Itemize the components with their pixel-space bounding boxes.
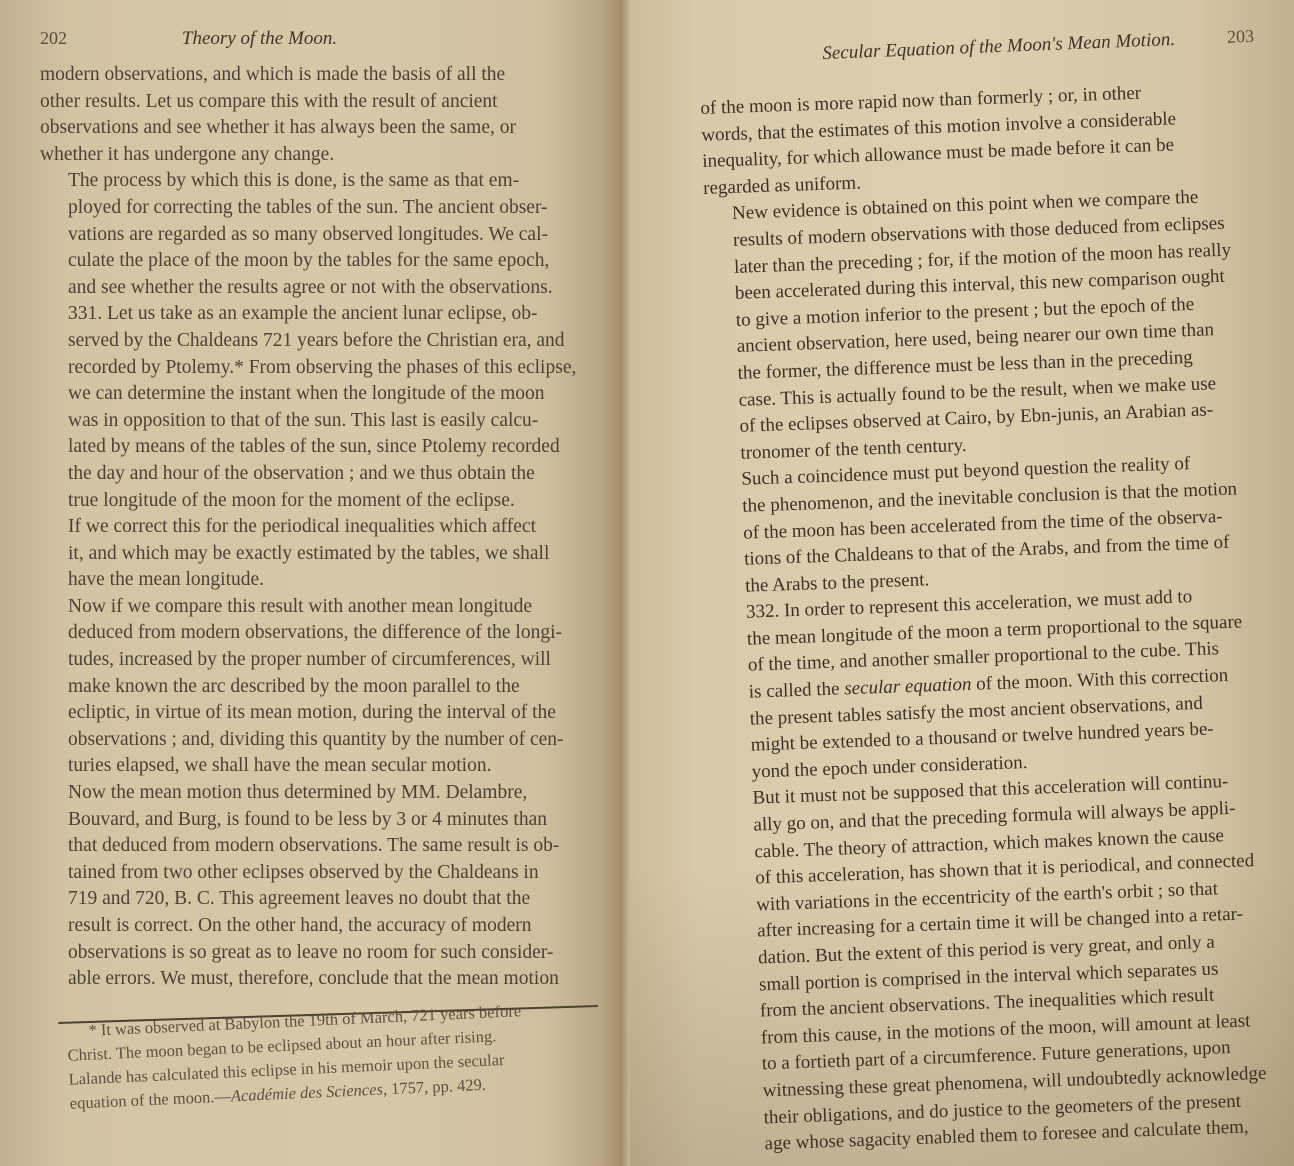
text-line: The process by which this is done, is th… [40, 168, 602, 195]
page-number-right: 203 [1227, 26, 1255, 48]
footnote-text: , 1757, pp. 429. [382, 1075, 486, 1099]
text-line: it, and which may be exactly estimated b… [40, 541, 602, 568]
emphasized-term: secular equation [844, 674, 972, 699]
text-line: modern observations, and which is made t… [40, 62, 602, 89]
text-line: served by the Chaldeans 721 years before… [40, 328, 602, 355]
text-line: and see whether the results agree or not… [40, 275, 602, 302]
right-page: Secular Equation of the Moon's Mean Moti… [630, 0, 1294, 1166]
text-line: vations are regarded as so many observed… [40, 222, 602, 249]
text-line: we can determine the instant when the lo… [40, 381, 602, 408]
text-line: tudes, increased by the proper number of… [40, 647, 602, 674]
text-line: observations ; and, dividing this quanti… [40, 727, 602, 754]
text-line: 331. Let us take as an example the ancie… [40, 301, 602, 328]
text-line: 719 and 720, B. C. This agreement leaves… [40, 886, 602, 913]
paragraph: Such a coincidence must put beyond quest… [713, 449, 1271, 601]
book-spread: 202 Theory of the Moon. modern observati… [0, 0, 1294, 1166]
text-line: able errors. We must, therefore, conclud… [40, 966, 602, 993]
footnote-text: equation of the moon.— [69, 1086, 231, 1112]
paragraph: 331. Let us take as an example the ancie… [40, 301, 602, 514]
text-line: recorded by Ptolemy.* From observing the… [40, 355, 602, 382]
right-running-title: Secular Equation of the Moon's Mean Moti… [822, 29, 1175, 65]
text-line: deduced from modern observations, the di… [40, 620, 602, 647]
text-line: was in opposition to that of the sun. Th… [40, 408, 602, 435]
paragraph: The process by which this is done, is th… [40, 168, 602, 301]
text-line: turies elapsed, we shall have the mean s… [40, 753, 602, 780]
paragraph: of the moon is more rapid now than forme… [700, 77, 1257, 203]
right-page-body: of the moon is more rapid now than forme… [700, 77, 1291, 1159]
paragraph: Now the mean motion thus determined by M… [40, 780, 602, 993]
text-line: other results. Let us compare this with … [40, 89, 602, 116]
paragraph: Now if we compare this result with anoth… [40, 594, 602, 780]
paragraph: modern observations, and which is made t… [40, 62, 602, 168]
left-running-title: Theory of the Moon. [182, 28, 337, 50]
text-line: observations and see whether it has alwa… [40, 115, 602, 142]
paragraph: If we correct this for the periodical in… [40, 514, 602, 594]
text-line: result is correct. On the other hand, th… [40, 913, 602, 940]
text-line: have the mean longitude. [40, 567, 602, 594]
text-line: Bouvard, and Burg, is found to be less b… [40, 807, 602, 834]
text-line: ecliptic, in virtue of its mean motion, … [40, 700, 602, 727]
right-running-head: Secular Equation of the Moon's Mean Moti… [700, 26, 1254, 70]
text-line: Now if we compare this result with anoth… [40, 594, 602, 621]
text-line: Now the mean motion thus determined by M… [40, 780, 602, 807]
left-page-body: modern observations, and which is made t… [40, 62, 602, 993]
left-page: 202 Theory of the Moon. modern observati… [0, 0, 620, 1166]
text-line: ployed for correcting the tables of the … [40, 195, 602, 222]
page-number-left: 202 [40, 28, 67, 49]
text-line: the day and hour of the observation ; an… [40, 461, 602, 488]
text-line: true longitude of the moon for the momen… [40, 488, 602, 515]
text-fragment: is called the [748, 678, 844, 702]
text-line: lated by means of the tables of the sun,… [40, 434, 602, 461]
left-running-head: 202 Theory of the Moon. [40, 28, 602, 50]
text-line: make known the arc described by the moon… [40, 674, 602, 701]
text-line: whether it has undergone any change. [40, 142, 602, 169]
footnote-citation: Académie des Sciences [230, 1079, 383, 1105]
text-line: that deduced from modern observations. T… [40, 833, 602, 860]
text-line: observations is so great as to leave no … [40, 940, 602, 967]
text-line: If we correct this for the periodical in… [40, 514, 602, 541]
paragraph: New evidence is obtained on this point w… [704, 183, 1267, 468]
footnote: * It was observed at Babylon the 19th of… [40, 995, 606, 1116]
book-gutter [620, 0, 630, 1166]
text-line: culate the place of the moon by the tabl… [40, 248, 602, 275]
paragraph: 332. In order to represent this accelera… [718, 582, 1278, 787]
paragraph: But it must not be supposed that this ac… [724, 768, 1291, 1159]
text-line: tained from two other eclipses observed … [40, 860, 602, 887]
